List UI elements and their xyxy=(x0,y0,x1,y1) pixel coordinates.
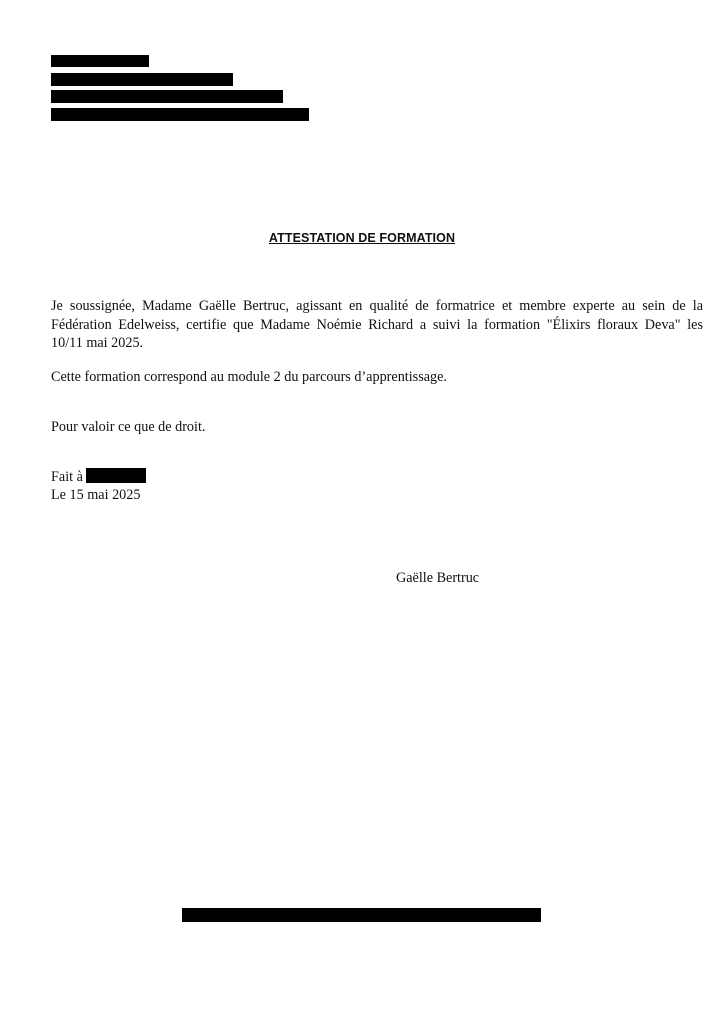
redacted-footer xyxy=(182,908,541,922)
redacted-sender-line-2 xyxy=(51,73,233,86)
signature-name: Gaëlle Bertruc xyxy=(396,570,479,587)
closing-formula: Pour valoir ce que de droit. xyxy=(51,418,703,437)
redacted-sender-line-4 xyxy=(51,108,309,121)
place-label: Fait à xyxy=(51,469,83,485)
redacted-sender-line-3 xyxy=(51,90,283,103)
date-line: Le 15 mai 2025 xyxy=(51,486,703,505)
paragraph-line: Fédération Edelweiss, certifie que Madam… xyxy=(51,316,703,335)
attestation-paragraph: Je soussignée, Madame Gaëlle Bertruc, ag… xyxy=(51,297,703,353)
redacted-place xyxy=(86,468,146,483)
redacted-sender-line-1 xyxy=(51,55,149,67)
document-title: ATTESTATION DE FORMATION xyxy=(0,231,724,245)
module-sentence: Cette formation correspond au module 2 d… xyxy=(51,368,703,387)
paragraph-line: Je soussignée, Madame Gaëlle Bertruc, ag… xyxy=(51,297,703,316)
paragraph-line: 10/11 mai 2025. xyxy=(51,334,703,353)
place-line: Fait à xyxy=(51,468,703,487)
